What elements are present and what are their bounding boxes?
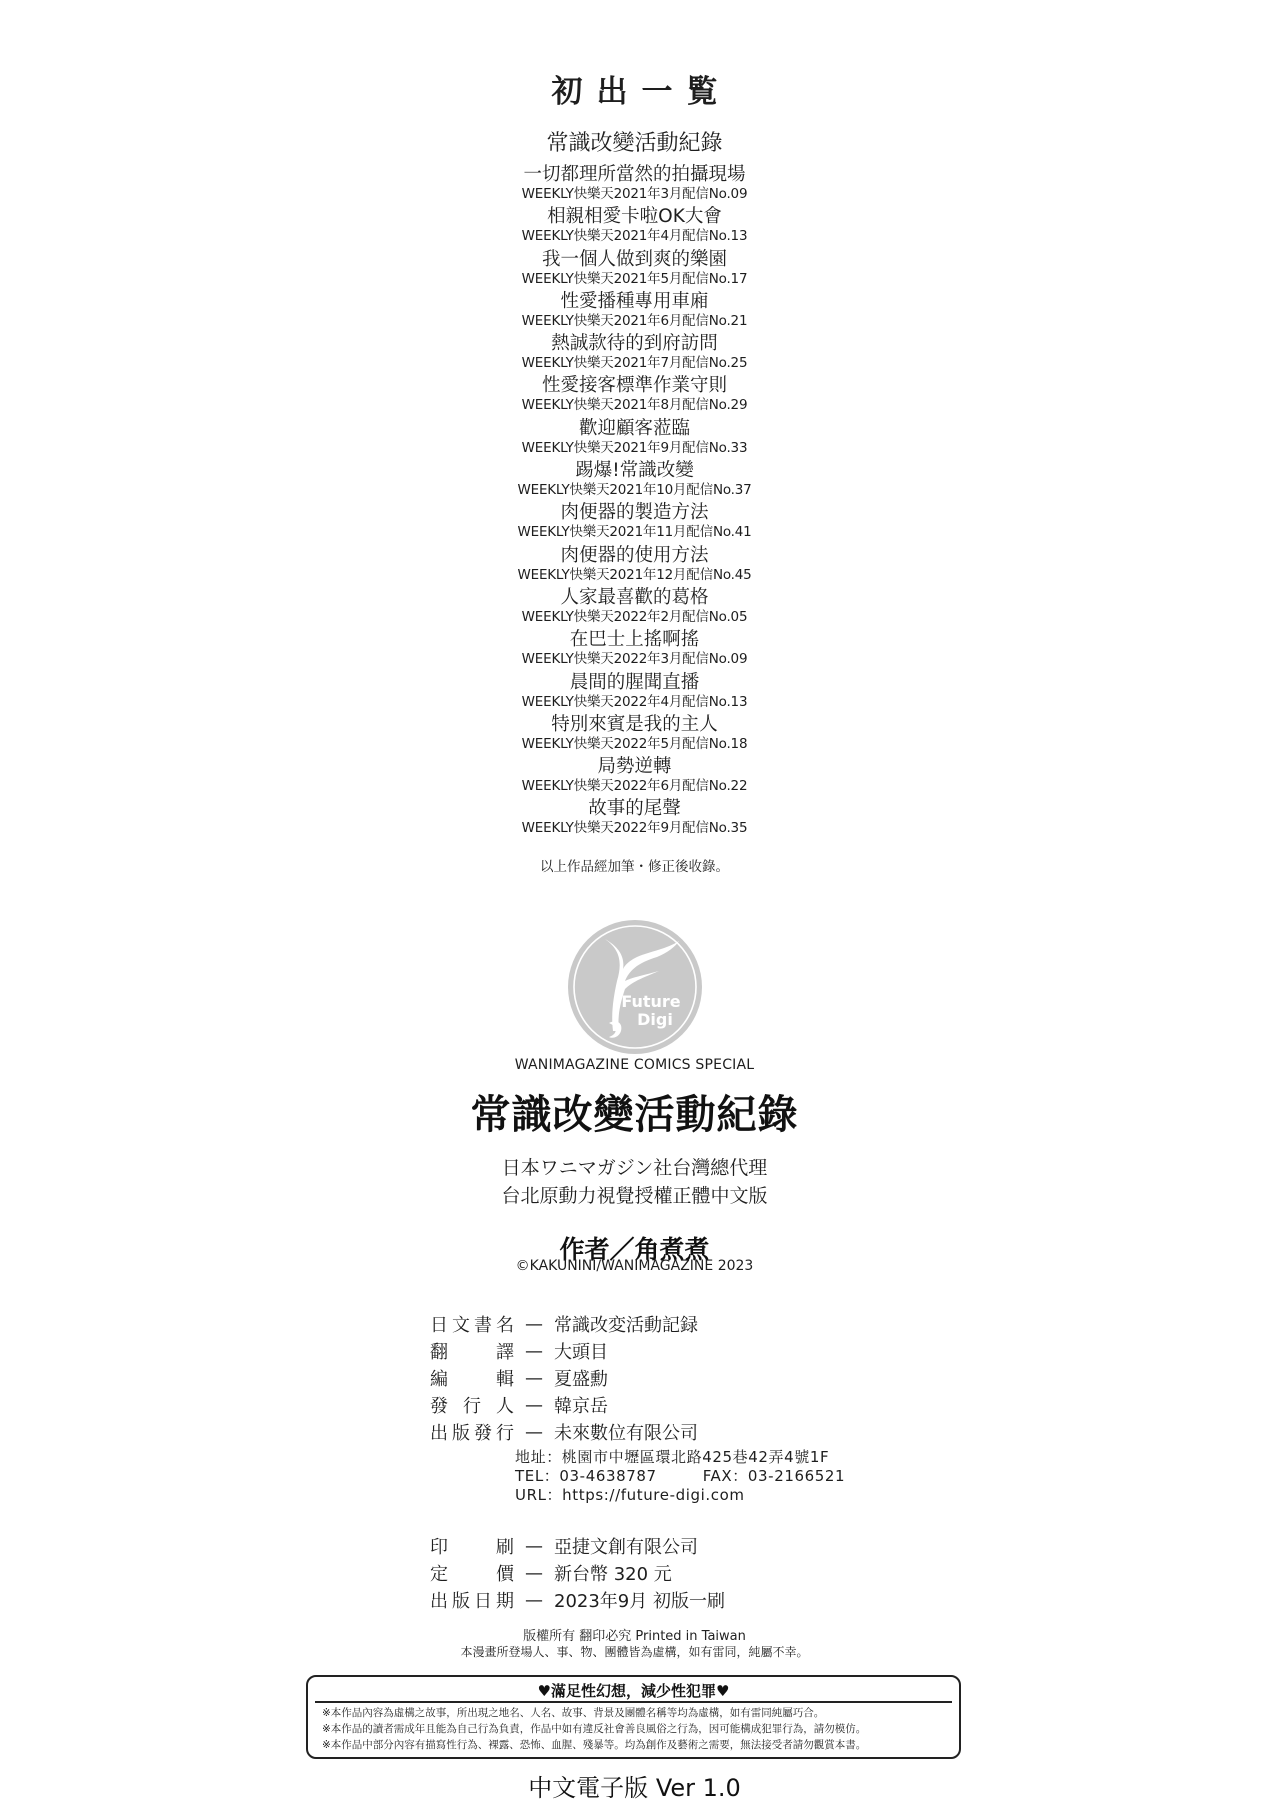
edition-version: 中文電子版 Ver 1.0 [0, 1768, 1269, 1800]
list-item: 局勢逆轉WEEKLY快樂天2022年6月配信No.22 [0, 756, 1269, 798]
page-heading: 初出一覧 [0, 66, 1269, 111]
chapter-title: 肉便器的使用方法 [0, 545, 1269, 567]
dash: — [514, 1563, 554, 1584]
chapter-source: WEEKLY快樂天2021年12月配信No.45 [0, 567, 1269, 583]
list-item: 肉便器的製造方法WEEKLY快樂天2021年11月配信No.41 [0, 502, 1269, 544]
chapter-source: WEEKLY快樂天2022年9月配信No.35 [0, 820, 1269, 836]
warning-line: ※本作品內容為虛構之故事，所出現之地名、人名、故事、背景及團體名稱等均為虛構，如… [322, 1705, 866, 1721]
logo-text-future: Future [621, 992, 680, 1011]
chapter-title: 我一個人做到爽的樂園 [0, 249, 1269, 271]
revision-note: 以上作品經加筆・修正後收錄。 [0, 855, 1269, 875]
colophon-value: 未來數位有限公司 [554, 1419, 698, 1445]
list-item: 肉便器的使用方法WEEKLY快樂天2021年12月配信No.45 [0, 545, 1269, 587]
dash: — [514, 1590, 554, 1611]
publisher-address: 地址：桃園市中壢區環北路425巷42弄4號1F [515, 1446, 829, 1467]
chapter-source: WEEKLY快樂天2022年4月配信No.13 [0, 694, 1269, 710]
dash: — [514, 1536, 554, 1557]
list-item: 故事的尾聲WEEKLY快樂天2022年9月配信No.35 [0, 798, 1269, 840]
colophon-label: 出版發行 [430, 1419, 514, 1445]
colophon-label: 日文書名 [430, 1311, 514, 1337]
license-line-1: 日本ワニマガジン社台灣總代理 [0, 1153, 1269, 1180]
fiction-notice: 本漫畫所登場人、事、物、團體皆為虛構，如有雷同，純屬不幸。 [0, 1643, 1269, 1660]
list-item: 晨間的腥聞直播WEEKLY快樂天2022年4月配信No.13 [0, 672, 1269, 714]
tel: TEL：03-4638787 [515, 1467, 657, 1485]
dash: — [514, 1395, 554, 1416]
colophon-row-translator: 翻譯—大頭目 [430, 1339, 608, 1363]
warning-line: ※本作品中部分內容有描寫性行為、裸露、恐怖、血腥、殘暴等。均為創作及藝術之需要，… [322, 1737, 866, 1753]
warning-lines: ※本作品內容為虛構之故事，所出現之地名、人名、故事、背景及團體名稱等均為虛構，如… [322, 1705, 866, 1753]
chapter-source: WEEKLY快樂天2021年8月配信No.29 [0, 397, 1269, 413]
license-line-2: 台北原動力視覺授權正體中文版 [0, 1181, 1269, 1208]
colophon-row-issuer: 發行人—韓京岳 [430, 1393, 608, 1417]
chapter-title: 晨間的腥聞直播 [0, 672, 1269, 694]
chapter-title: 人家最喜歡的葛格 [0, 587, 1269, 609]
chapter-title: 相親相愛卡啦OK大會 [0, 206, 1269, 228]
chapter-source: WEEKLY快樂天2021年9月配信No.33 [0, 440, 1269, 456]
divider [315, 1701, 952, 1703]
list-item: 人家最喜歡的葛格WEEKLY快樂天2022年2月配信No.05 [0, 587, 1269, 629]
colophon-value: 新台幣 320 元 [554, 1560, 672, 1586]
chapter-title: 性愛接客標準作業守則 [0, 375, 1269, 397]
chapter-title: 一切都理所當然的拍攝現場 [0, 164, 1269, 186]
list-book-title: 常識改變活動紀錄 [0, 126, 1269, 157]
list-item: 相親相愛卡啦OK大會WEEKLY快樂天2021年4月配信No.13 [0, 206, 1269, 248]
chapter-source: WEEKLY快樂天2022年3月配信No.09 [0, 651, 1269, 667]
chapter-source: WEEKLY快樂天2022年2月配信No.05 [0, 609, 1269, 625]
warning-box: ♥滿足性幻想，減少性犯罪♥ ※本作品內容為虛構之故事，所出現之地名、人名、故事、… [306, 1675, 961, 1759]
colophon-value: 大頭目 [554, 1338, 608, 1364]
chapter-source: WEEKLY快樂天2021年11月配信No.41 [0, 524, 1269, 540]
list-item: 在巴士上搖啊搖WEEKLY快樂天2022年3月配信No.09 [0, 629, 1269, 671]
chapter-source: WEEKLY快樂天2021年5月配信No.17 [0, 271, 1269, 287]
dash: — [514, 1368, 554, 1389]
colophon-row-editor: 編輯—夏盛勳 [430, 1366, 608, 1390]
colophon-label: 編輯 [430, 1365, 514, 1391]
series-name: WANIMAGAZINE COMICS SPECIAL [0, 1057, 1269, 1073]
fax: FAX：03-2166521 [703, 1467, 846, 1485]
list-item: 熱誠款待的到府訪問WEEKLY快樂天2021年7月配信No.25 [0, 333, 1269, 375]
chapter-title: 性愛播種專用車廂 [0, 291, 1269, 313]
chapter-source: WEEKLY快樂天2021年6月配信No.21 [0, 313, 1269, 329]
list-item: 踢爆!常識改變WEEKLY快樂天2021年10月配信No.37 [0, 460, 1269, 502]
colophon-row-publish-date: 出版日期—2023年9月 初版一刷 [430, 1588, 725, 1612]
colophon-row-printer: 印刷—亞捷文創有限公司 [430, 1534, 698, 1558]
book-main-title: 常識改變活動紀錄 [0, 1083, 1269, 1140]
colophon-value: 韓京岳 [554, 1392, 608, 1418]
chapter-source: WEEKLY快樂天2021年7月配信No.25 [0, 355, 1269, 371]
chapter-source: WEEKLY快樂天2021年3月配信No.09 [0, 186, 1269, 202]
list-item: 我一個人做到爽的樂園WEEKLY快樂天2021年5月配信No.17 [0, 249, 1269, 291]
chapter-title: 在巴士上搖啊搖 [0, 629, 1269, 651]
colophon-row-price: 定價—新台幣 320 元 [430, 1561, 672, 1585]
chapter-title: 故事的尾聲 [0, 798, 1269, 820]
colophon-label: 定價 [430, 1560, 514, 1586]
warning-line: ※本作品的讀者需成年且能為自己行為負責，作品中如有違反社會善良風俗之行為，因可能… [322, 1721, 866, 1737]
colophon-value: 亞捷文創有限公司 [554, 1533, 698, 1559]
chapter-source: WEEKLY快樂天2022年6月配信No.22 [0, 778, 1269, 794]
colophon-label: 印刷 [430, 1533, 514, 1559]
warning-title: ♥滿足性幻想，減少性犯罪♥ [308, 1680, 959, 1701]
chapter-title: 歡迎顧客蒞臨 [0, 418, 1269, 440]
list-item: 歡迎顧客蒞臨WEEKLY快樂天2021年9月配信No.33 [0, 418, 1269, 460]
publisher-contact: TEL：03-4638787FAX：03-2166521 [515, 1465, 845, 1486]
list-item: 性愛播種專用車廂WEEKLY快樂天2021年6月配信No.21 [0, 291, 1269, 333]
chapter-title: 熱誠款待的到府訪問 [0, 333, 1269, 355]
colophon-label: 出版日期 [430, 1587, 514, 1613]
colophon-value: 2023年9月 初版一刷 [554, 1587, 725, 1613]
rights-notice: 版權所有 翻印必究 Printed in Taiwan [0, 1625, 1269, 1644]
colophon-label: 翻譯 [430, 1338, 514, 1364]
list-item: 一切都理所當然的拍攝現場WEEKLY快樂天2021年3月配信No.09 [0, 164, 1269, 206]
colophon-label: 發行人 [430, 1392, 514, 1418]
chapter-title: 局勢逆轉 [0, 756, 1269, 778]
chapter-title: 肉便器的製造方法 [0, 502, 1269, 524]
dash: — [514, 1422, 554, 1443]
publisher-url: URL：https://future-digi.com [515, 1484, 745, 1505]
colophon-value: 夏盛勳 [554, 1365, 608, 1391]
future-digi-logo-icon: Future Digi [567, 919, 703, 1055]
colophon-row-publisher: 出版發行—未來數位有限公司 [430, 1420, 698, 1444]
chapter-source: WEEKLY快樂天2021年10月配信No.37 [0, 482, 1269, 498]
list-item: 特別來賓是我的主人WEEKLY快樂天2022年5月配信No.18 [0, 714, 1269, 756]
logo-text-digi: Digi [637, 1010, 673, 1029]
chapter-source: WEEKLY快樂天2022年5月配信No.18 [0, 736, 1269, 752]
colophon-value: 常識改変活動記録 [554, 1311, 698, 1337]
list-item: 性愛接客標準作業守則WEEKLY快樂天2021年8月配信No.29 [0, 375, 1269, 417]
first-appearance-list: 一切都理所當然的拍攝現場WEEKLY快樂天2021年3月配信No.09 相親相愛… [0, 164, 1269, 841]
dash: — [514, 1341, 554, 1362]
dash: — [514, 1314, 554, 1335]
copyright-line: ©KAKUNINI/WANIMAGAZINE 2023 [0, 1258, 1269, 1274]
chapter-title: 特別來賓是我的主人 [0, 714, 1269, 736]
colophon-row-japanese-title: 日文書名—常識改変活動記録 [430, 1312, 698, 1336]
chapter-title: 踢爆!常識改變 [0, 460, 1269, 482]
chapter-source: WEEKLY快樂天2021年4月配信No.13 [0, 228, 1269, 244]
